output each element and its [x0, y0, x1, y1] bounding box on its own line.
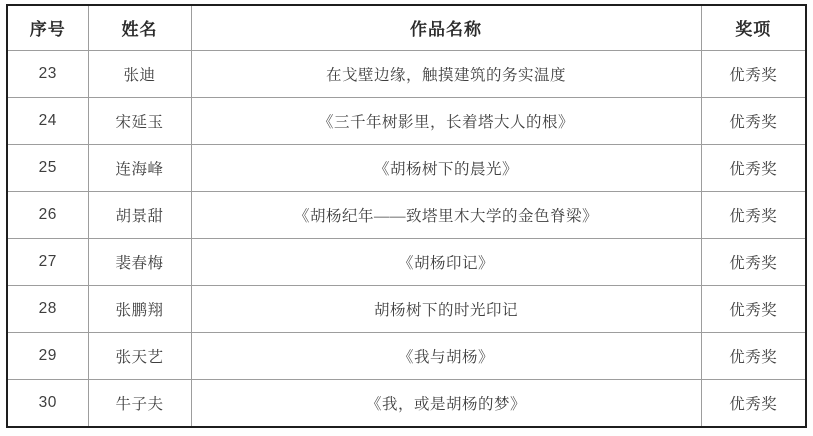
cell-work: 《胡杨纪年——致塔里木大学的金色脊梁》 — [191, 191, 701, 238]
cell-index: 27 — [7, 239, 88, 286]
cell-name: 牛子夫 — [88, 380, 191, 427]
table-header-row: 序号 姓名 作品名称 奖项 — [7, 5, 806, 50]
cell-index: 29 — [7, 333, 88, 380]
cell-name: 张迪 — [88, 50, 191, 97]
cell-award: 优秀奖 — [701, 380, 806, 427]
award-table: 序号 姓名 作品名称 奖项 23 张迪 在戈壁边缘，触摸建筑的务实温度 优秀奖 … — [6, 4, 807, 428]
table-row: 28 张鹏翔 胡杨树下的时光印记 优秀奖 — [7, 286, 806, 333]
cell-index: 26 — [7, 191, 88, 238]
cell-work: 《胡杨树下的晨光》 — [191, 144, 701, 191]
cell-award: 优秀奖 — [701, 50, 806, 97]
cell-name: 张天艺 — [88, 333, 191, 380]
cell-index: 23 — [7, 50, 88, 97]
cell-work: 《我，或是胡杨的梦》 — [191, 380, 701, 427]
table-row: 26 胡景甜 《胡杨纪年——致塔里木大学的金色脊梁》 优秀奖 — [7, 191, 806, 238]
cell-name: 宋延玉 — [88, 97, 191, 144]
cell-award: 优秀奖 — [701, 333, 806, 380]
cell-name: 胡景甜 — [88, 191, 191, 238]
table-row: 30 牛子夫 《我，或是胡杨的梦》 优秀奖 — [7, 380, 806, 427]
cell-work: 胡杨树下的时光印记 — [191, 286, 701, 333]
column-header-index: 序号 — [7, 5, 88, 50]
table-row: 25 连海峰 《胡杨树下的晨光》 优秀奖 — [7, 144, 806, 191]
table-row: 29 张天艺 《我与胡杨》 优秀奖 — [7, 333, 806, 380]
table-row: 27 裴春梅 《胡杨印记》 优秀奖 — [7, 239, 806, 286]
cell-award: 优秀奖 — [701, 286, 806, 333]
cell-award: 优秀奖 — [701, 191, 806, 238]
cell-name: 裴春梅 — [88, 239, 191, 286]
column-header-work: 作品名称 — [191, 5, 701, 50]
cell-award: 优秀奖 — [701, 97, 806, 144]
table-row: 24 宋延玉 《三千年树影里，长着塔大人的根》 优秀奖 — [7, 97, 806, 144]
document-page: 序号 姓名 作品名称 奖项 23 张迪 在戈壁边缘，触摸建筑的务实温度 优秀奖 … — [0, 0, 813, 436]
cell-work: 《胡杨印记》 — [191, 239, 701, 286]
cell-index: 25 — [7, 144, 88, 191]
cell-award: 优秀奖 — [701, 239, 806, 286]
cell-name: 张鹏翔 — [88, 286, 191, 333]
column-header-name: 姓名 — [88, 5, 191, 50]
cell-work: 在戈壁边缘，触摸建筑的务实温度 — [191, 50, 701, 97]
cell-work: 《我与胡杨》 — [191, 333, 701, 380]
column-header-award: 奖项 — [701, 5, 806, 50]
cell-index: 28 — [7, 286, 88, 333]
cell-award: 优秀奖 — [701, 144, 806, 191]
cell-index: 24 — [7, 97, 88, 144]
cell-index: 30 — [7, 380, 88, 427]
cell-name: 连海峰 — [88, 144, 191, 191]
table-row: 23 张迪 在戈壁边缘，触摸建筑的务实温度 优秀奖 — [7, 50, 806, 97]
cell-work: 《三千年树影里，长着塔大人的根》 — [191, 97, 701, 144]
